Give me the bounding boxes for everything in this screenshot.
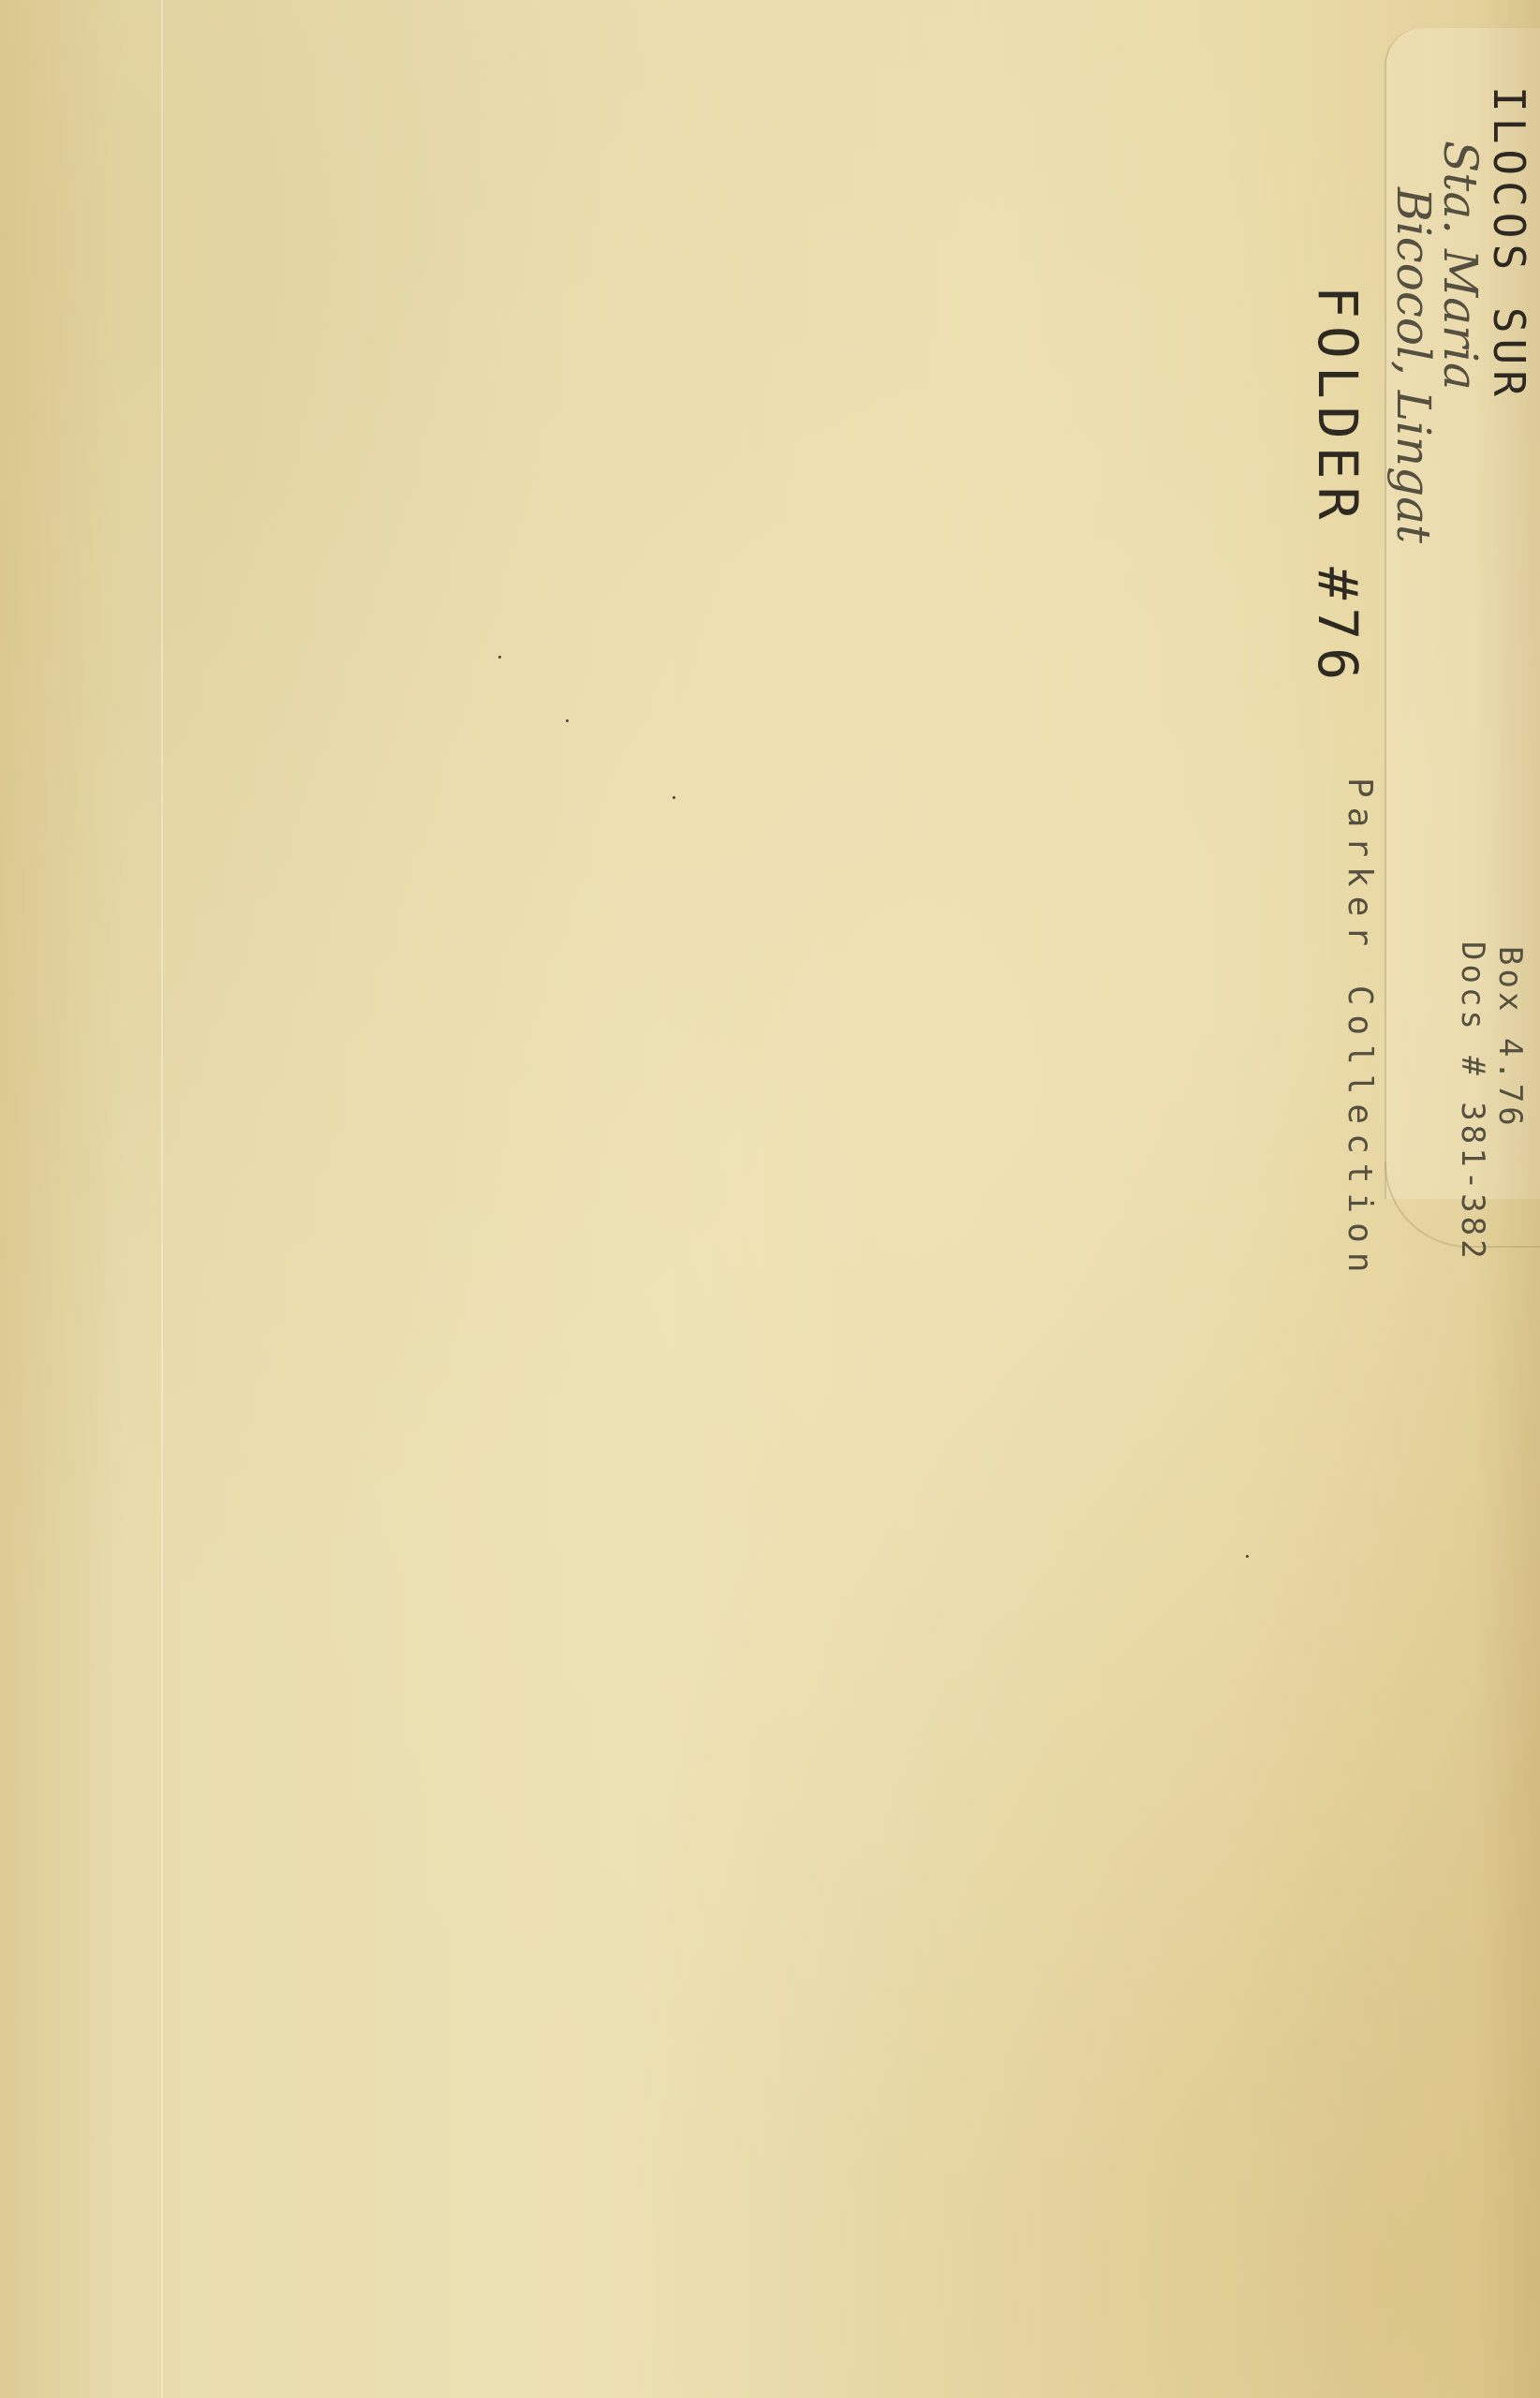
paper-speck: [673, 796, 675, 799]
paper-speck: [566, 719, 569, 722]
fold-crease: [161, 0, 163, 2398]
town-label: Sta. Maria: [1433, 141, 1488, 391]
province-label: ILOCOS SUR: [1484, 86, 1534, 402]
folder-number-label: FOLDER #76: [1306, 286, 1370, 688]
collection-label: Parker Collection: [1340, 777, 1379, 1281]
paper-speck: [1246, 1555, 1249, 1558]
box-label: Box 4.76: [1491, 946, 1529, 1130]
paper-speck: [498, 656, 501, 659]
docs-label: Docs # 381-382: [1454, 941, 1491, 1263]
barrios-label: Bicocol, Lingat: [1386, 187, 1441, 543]
